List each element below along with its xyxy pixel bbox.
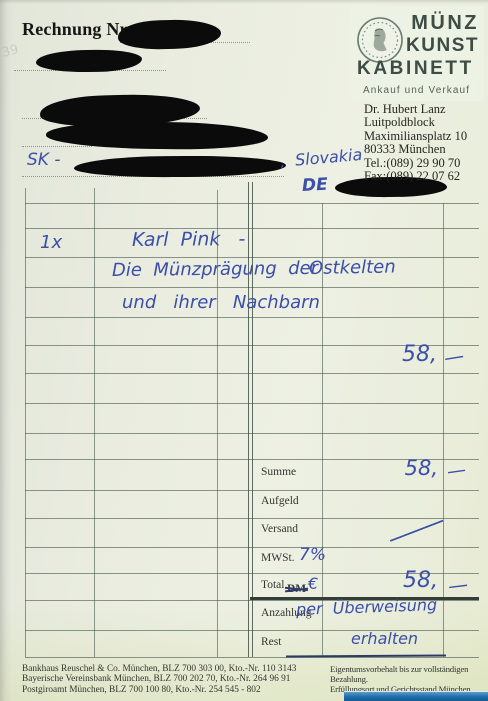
- handwritten-item-price-dash: —: [442, 343, 466, 370]
- handwritten-country-name: , Slovakia: [279, 145, 363, 171]
- seller-fax: Fax:(089) 22 07 62: [364, 170, 467, 183]
- company-logo: MÜNZ KUNST KABINETT Ankauf und Verkauf: [350, 6, 484, 101]
- handwritten-item-price: 58,: [385, 342, 437, 367]
- legal-line: Eigentumsvorbehalt bis zur vollständigen: [330, 664, 473, 674]
- handwritten-item-title-3: und ihrer Nachbarn: [122, 292, 320, 313]
- seller-address: Dr. Hubert Lanz Luitpoldblock Maximilian…: [364, 103, 467, 183]
- bank-details: Bankhaus Reuschel & Co. München, BLZ 700…: [22, 664, 296, 695]
- table-column-rule-double: [248, 182, 249, 657]
- table-column-rule: [94, 188, 95, 657]
- legal-line: Bezahlung.: [330, 674, 473, 684]
- handwritten-item-author: Karl Pink -: [132, 228, 246, 251]
- bank-line: Bankhaus Reuschel & Co. München, BLZ 700…: [22, 664, 296, 674]
- table-rule: [25, 657, 479, 658]
- handwritten-item-title-2: Ostkelten: [309, 256, 396, 279]
- seller-city: 80333 München: [364, 143, 467, 156]
- redaction-address-3: [74, 155, 286, 177]
- handwritten-total-currency: €: [308, 574, 318, 593]
- logo-word-3: KABINETT: [357, 58, 474, 80]
- rest-label: Rest: [261, 636, 281, 648]
- total-currency-printed: DM: [287, 583, 306, 595]
- pencil-mark: 39: [0, 42, 20, 61]
- handwritten-summe-value: 58,: [388, 456, 438, 480]
- aufgeld-label: Aufgeld: [261, 495, 299, 507]
- legal-terms: Eigentumsvorbehalt bis zur vollständigen…: [330, 664, 473, 694]
- seller-name: Dr. Hubert Lanz: [364, 103, 467, 116]
- table-column-rule: [25, 188, 26, 657]
- handwritten-quantity: 1x: [40, 232, 62, 253]
- redaction-invoice-number: [118, 19, 222, 50]
- handwritten-total-dash: —: [447, 572, 470, 598]
- summe-label: Summe: [261, 466, 296, 478]
- table-column-rule: [443, 203, 444, 657]
- bank-line: Bayerische Vereinsbank München, BLZ 700 …: [22, 674, 296, 684]
- table-column-rule-double: [252, 182, 253, 657]
- scan-artifact-blue-bar: [344, 691, 488, 701]
- handwritten-mwst-value: 7%: [299, 545, 326, 565]
- handwritten-vat-prefix: DE: [301, 175, 328, 196]
- mwst-label: MWSt.: [261, 552, 295, 564]
- versand-label: Versand: [261, 523, 298, 535]
- logo-tagline: Ankauf und Verkauf: [363, 85, 470, 96]
- seller-building: Luitpoldblock: [364, 116, 467, 129]
- seller-street: Maximiliansplatz 10: [364, 130, 467, 143]
- total-label: Total: [261, 579, 284, 591]
- handwritten-item-title-1: Die Münzprägung der: [112, 258, 318, 281]
- handwritten-payment-note-1: per Überweisung: [296, 595, 438, 619]
- handwritten-versand-slash: [390, 520, 444, 542]
- logo-word-2: KUNST: [406, 35, 479, 57]
- handwritten-total-value: 58,: [390, 568, 438, 593]
- scanned-invoice: Rechnung Nr. 39 SK - , Slovakia DE MÜNZ …: [0, 0, 488, 701]
- bank-line: Postgiroamt München, BLZ 700 100 80, Kto…: [22, 685, 296, 695]
- handwritten-country-code: SK -: [27, 150, 60, 170]
- page-title: Rechnung Nr.: [22, 19, 131, 40]
- logo-word-1: MÜNZ: [411, 12, 479, 35]
- address-rule-2: [22, 146, 92, 147]
- handwritten-summe-dash: —: [445, 458, 467, 482]
- handwritten-payment-note-2: erhalten: [351, 629, 418, 648]
- seller-phone: Tel.:(089) 29 90 70: [364, 157, 467, 170]
